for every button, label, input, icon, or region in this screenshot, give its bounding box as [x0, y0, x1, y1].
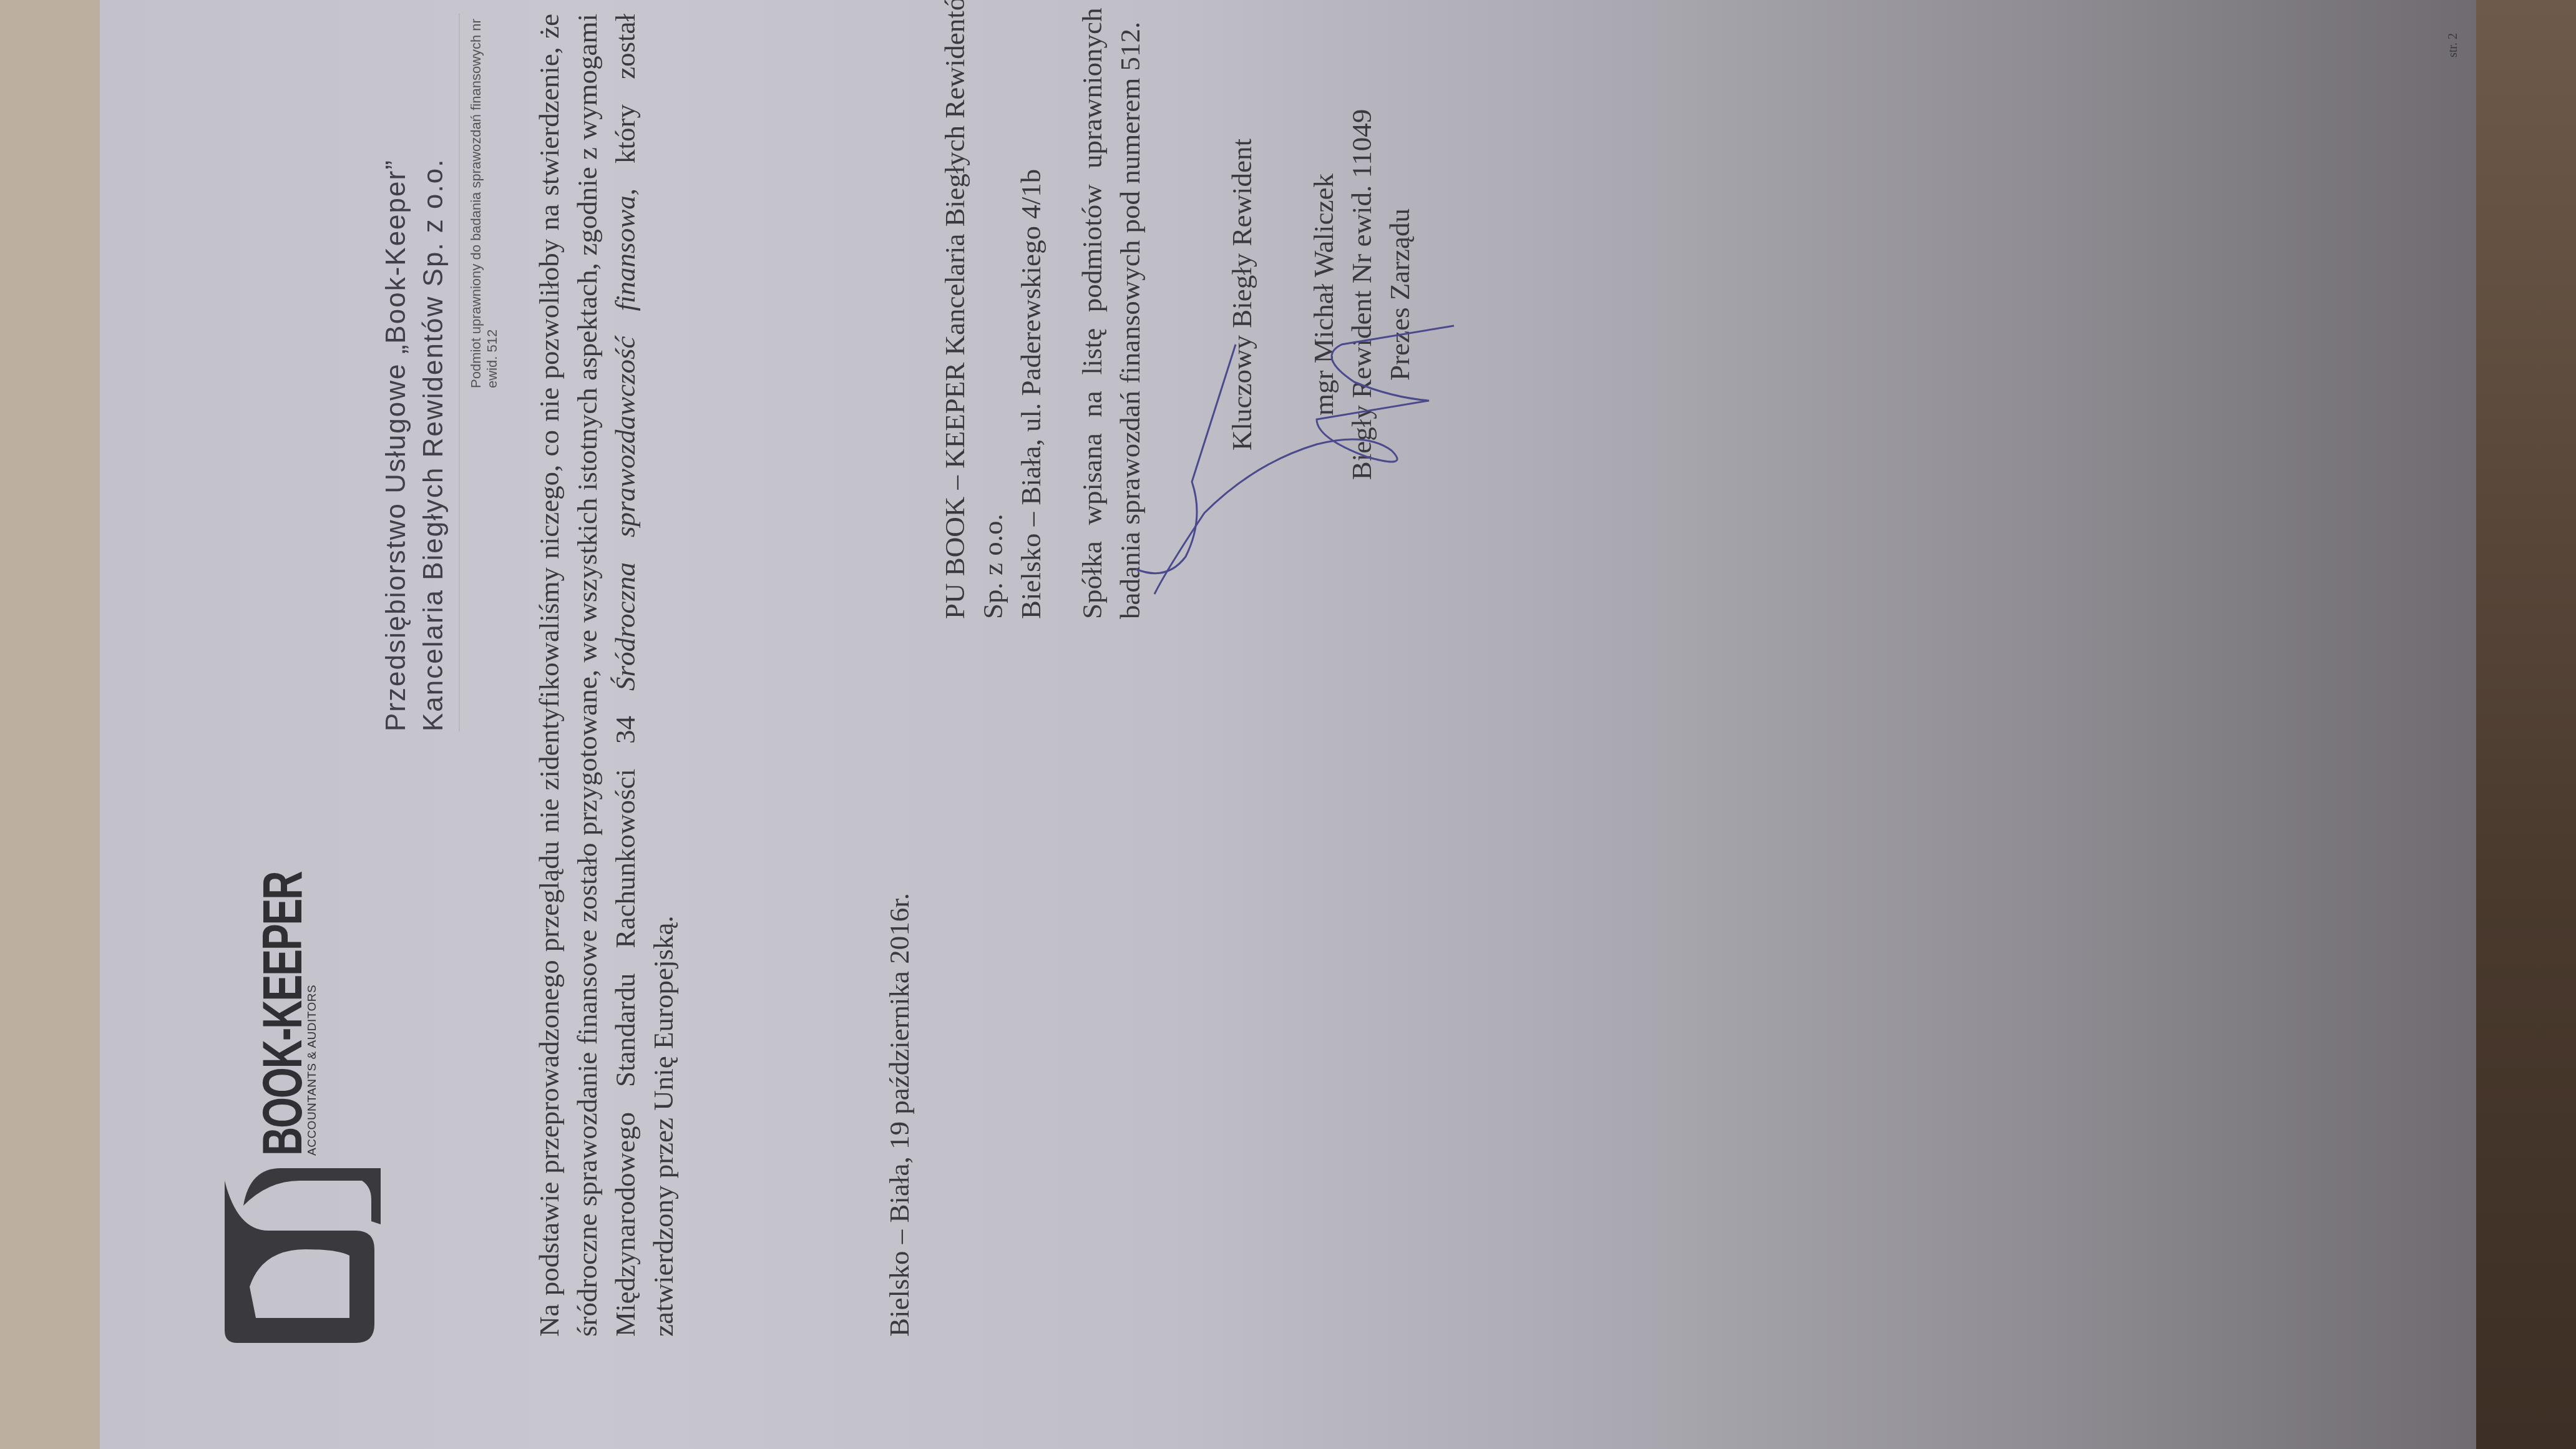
registration-note: Podmiot uprawniony do badania sprawozdań… — [468, 0, 500, 388]
brand-tagline: ACCOUNTANTS & AUDITORS — [306, 985, 320, 1156]
signature-block: Kluczowy Biegły Rewident mgr Michał Wali… — [1223, 0, 1419, 607]
date-line: Bielsko – Biała, 19 października 2016r. — [883, 893, 915, 1337]
company-name-line2: Kancelaria Biegłych Rewidentów Sp. z o.o… — [418, 159, 449, 731]
brand-name: BOOK-KEEPER — [250, 872, 315, 1156]
header-divider — [459, 14, 460, 731]
document-page: BOOK-KEEPER ACCOUNTANTS & AUDITORS Przed… — [100, 0, 2476, 1449]
signatory-role: Kluczowy Biegły Rewident — [1223, 0, 1261, 607]
firm-name: PU BOOK – KEEPER Kancelaria Biegłych Rew… — [936, 0, 1012, 619]
registration-statement: Spółka wpisana na listę podmiotów uprawn… — [1073, 0, 1149, 619]
firm-address: PU BOOK – KEEPER Kancelaria Biegłych Rew… — [936, 0, 1050, 619]
conclusion-paragraph: Na podstawie przeprowadzonego przeglądu … — [530, 14, 683, 1337]
page-number: str. 2 — [2446, 33, 2461, 57]
signatory-license: Biegły Rewident Nr ewid. 11049 — [1343, 0, 1381, 607]
signatory-position: Prezes Zarządu — [1381, 0, 1419, 607]
desk-edge — [2476, 0, 2576, 1449]
company-name-line1: Przedsiębiorstwo Usługowe „Book-Keeper” — [381, 159, 412, 731]
standard-title: Śródroczna sprawozdawczość finansowa, — [610, 188, 641, 691]
desk-background — [0, 0, 100, 1449]
signatory-name: mgr Michał Waliczek — [1305, 0, 1343, 607]
firm-street: Bielsko – Biała, ul. Paderewskiego 4/1b — [1012, 0, 1050, 619]
